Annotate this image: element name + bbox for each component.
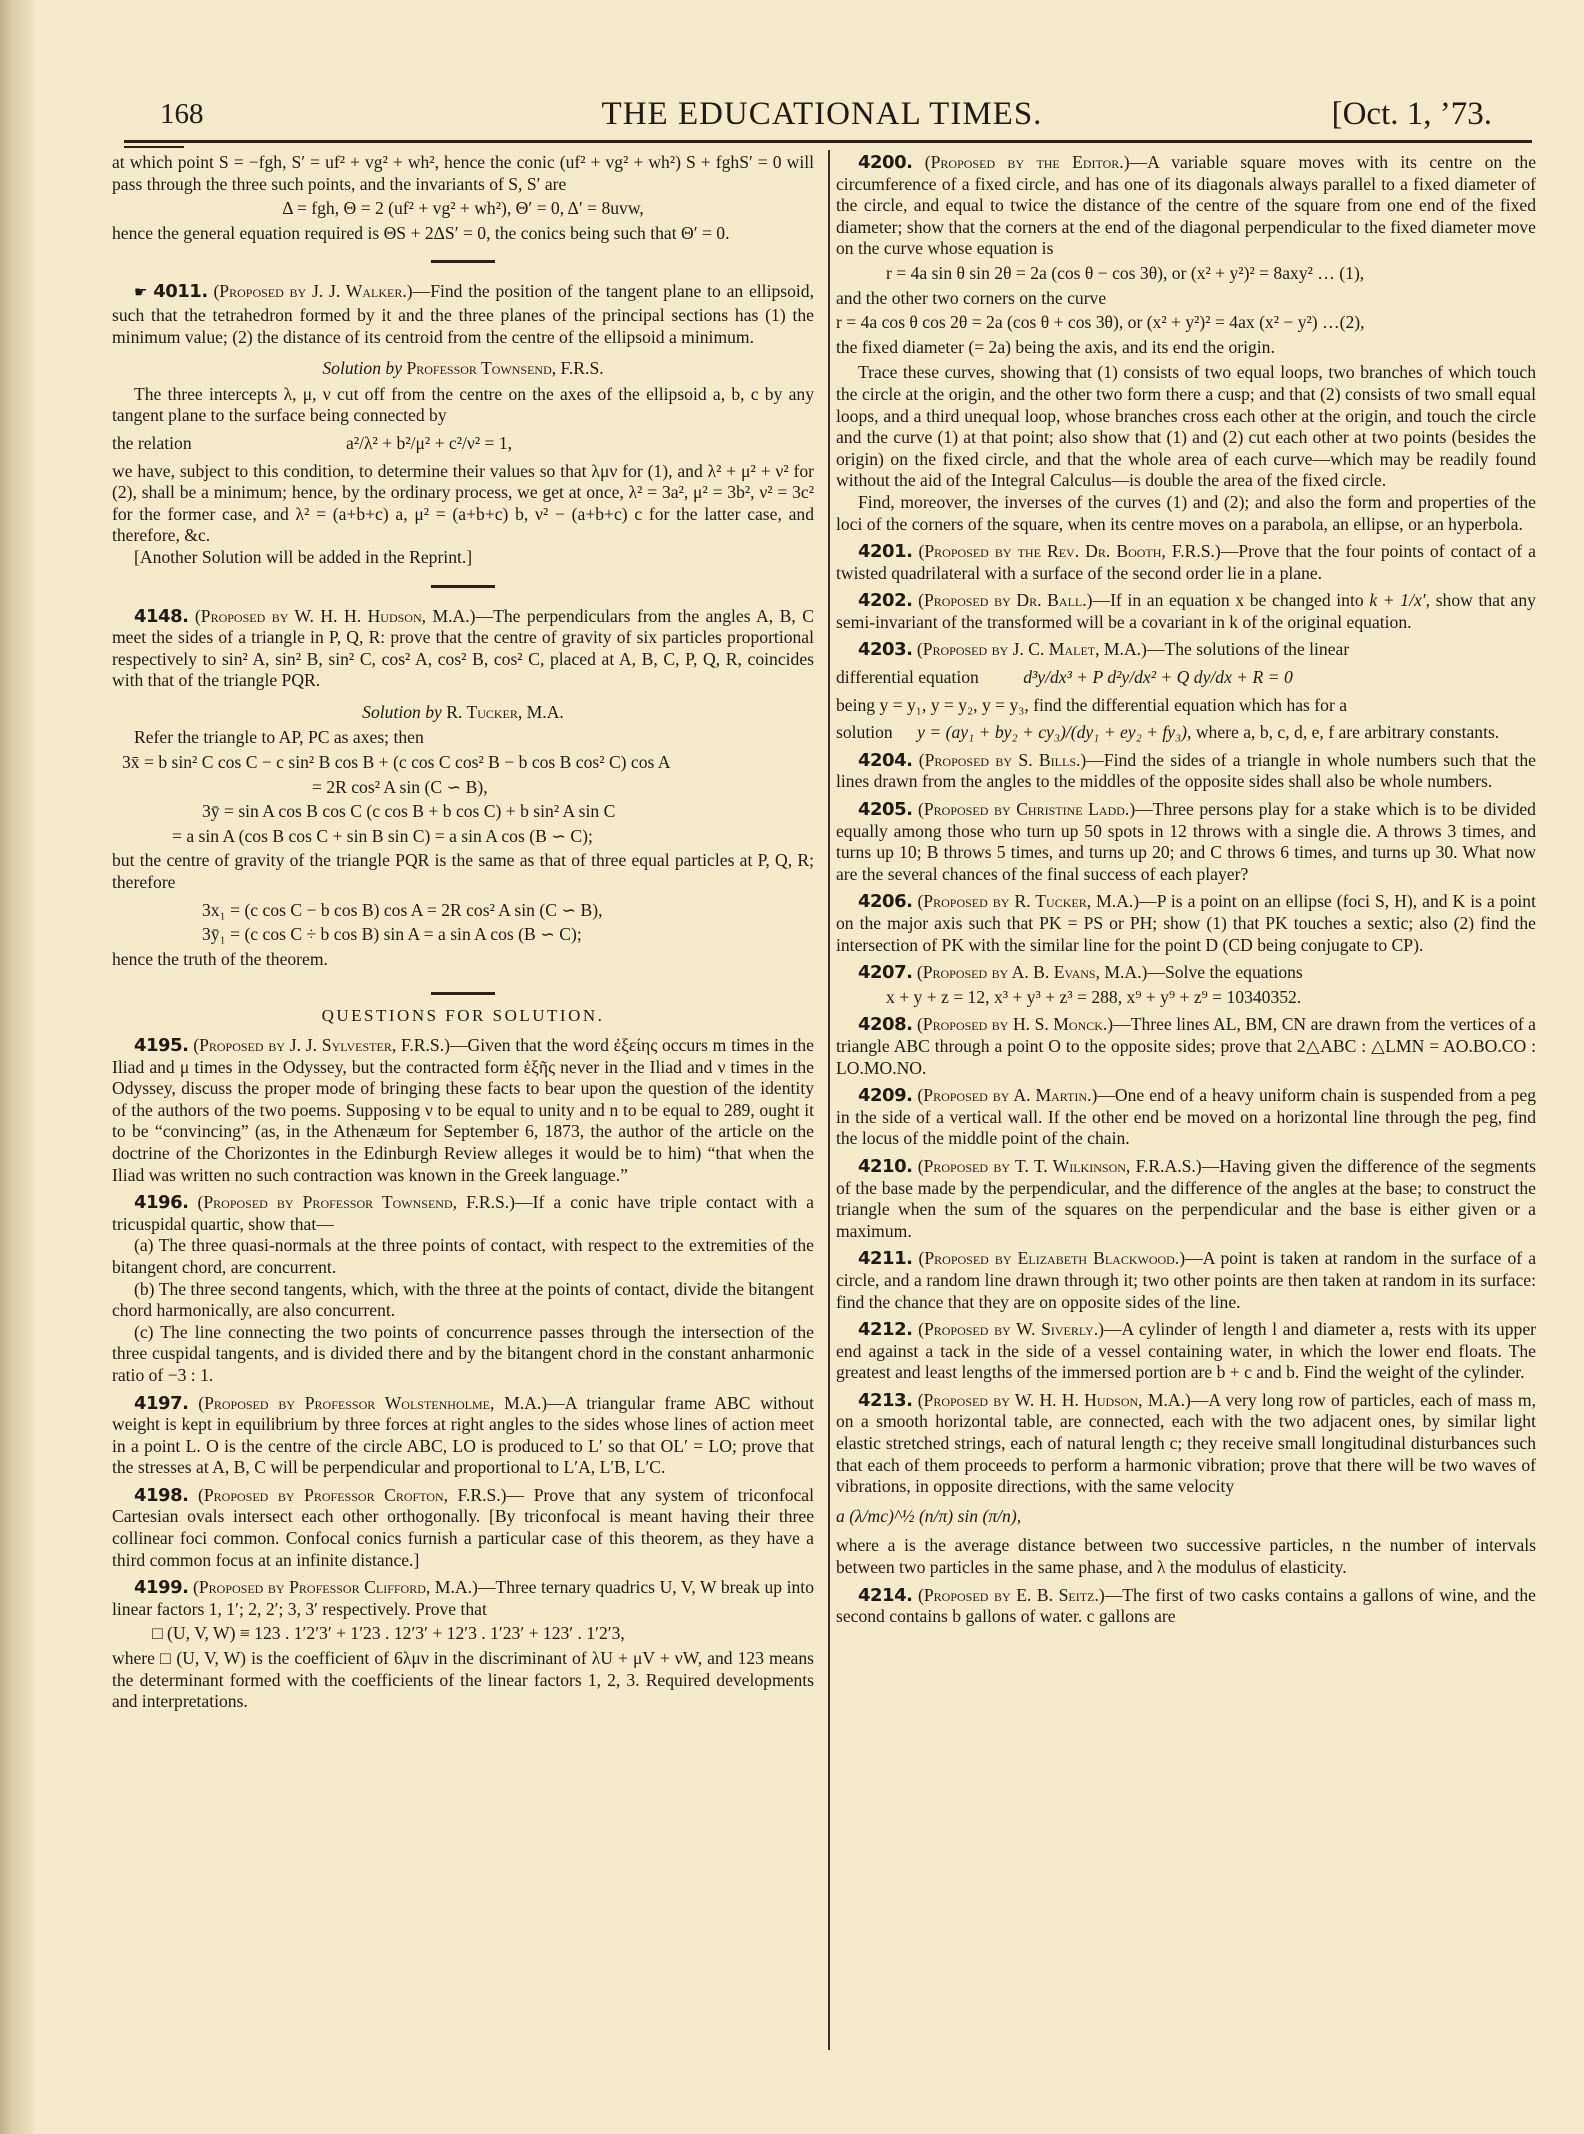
solution-label: Solution by bbox=[362, 702, 442, 722]
question-number: 4203. bbox=[858, 639, 912, 660]
question-text: —If in an equation x be changed into bbox=[1092, 590, 1363, 610]
sub-item-c: (c) The line connecting the two points o… bbox=[112, 1322, 814, 1387]
equation: r = 4a sin θ sin 2θ = 2a (cos θ − cos 3θ… bbox=[836, 263, 1536, 285]
proposer: (Proposed by Professor Clifford, M.A.) bbox=[193, 1577, 478, 1597]
equation: x + y + z = 12, x³ + y³ + z³ = 288, x⁹ +… bbox=[836, 987, 1536, 1009]
question-number: 4200. bbox=[858, 152, 912, 173]
equation: a (λ/mc)^½ (n/π) sin (π/n), bbox=[836, 1506, 1021, 1526]
question-number: 4148. bbox=[134, 606, 188, 627]
question-4207: 4207. (Proposed by A. B. Evans, M.A.)—So… bbox=[836, 962, 1536, 1008]
paragraph: being y = y₁, y = y₂, y = y₃, find the d… bbox=[836, 695, 1536, 717]
left-column: at which point S = −fgh, S′ = uf² + vg² … bbox=[112, 152, 814, 1713]
proposer: (Proposed by the Editor.) bbox=[925, 152, 1130, 172]
right-column: 4200. (Proposed by the Editor.)—A variab… bbox=[836, 152, 1536, 1628]
question-4208: 4208. (Proposed by H. S. Monck.)—Three l… bbox=[836, 1014, 1536, 1079]
section-title: QUESTIONS FOR SOLUTION. bbox=[112, 1005, 814, 1027]
question-4205: 4205. (Proposed by Christine Ladd.)—Thre… bbox=[836, 799, 1536, 885]
equation-line: solution y = (ay₁ + by₂ + cy₃)/(dy₁ + ey… bbox=[836, 722, 1536, 744]
paragraph: and the other two corners on the curve bbox=[836, 288, 1536, 310]
question-number: 4207. bbox=[858, 962, 912, 983]
paragraph: Refer the triangle to AP, PC as axes; th… bbox=[112, 727, 814, 749]
equation: □ (U, V, W) ≡ 123 . 1′2′3′ + 1′23 . 12′3… bbox=[112, 1623, 814, 1645]
question-4203: 4203. (Proposed by J. C. Malet, M.A.)—Th… bbox=[836, 639, 1536, 743]
equation: d³y/dx³ + P d²y/dx² + Q dy/dx + R = 0 bbox=[1023, 667, 1293, 687]
solver: Professor Townsend, F.R.S. bbox=[406, 358, 603, 378]
question-number: 4208. bbox=[858, 1014, 912, 1035]
sub-item-a: (a) The three quasi-normals at the three… bbox=[112, 1235, 814, 1278]
solution-heading: Solution by Professor Townsend, F.R.S. bbox=[112, 358, 814, 380]
question-4198: 4198. (Proposed by Professor Crofton, F.… bbox=[112, 1485, 814, 1571]
question-4214: 4214. (Proposed by E. B. Seitz.)—The fir… bbox=[836, 1585, 1536, 1628]
proposer: (Proposed by W. H. H. Hudson, M.A.) bbox=[918, 1390, 1191, 1410]
relation-line: the relation a²/λ² + b²/μ² + c²/ν² = 1, bbox=[112, 433, 814, 455]
question-number: 4196. bbox=[134, 1192, 188, 1213]
equation: a²/λ² + b²/μ² + c²/ν² = 1, bbox=[346, 433, 512, 455]
question-number: 4197. bbox=[134, 1393, 188, 1414]
journal-title: THE EDUCATIONAL TIMES. bbox=[112, 96, 1532, 133]
equation: = a sin A (cos B cos C + sin B sin C) = … bbox=[112, 826, 814, 848]
question-text: —The solutions of the linear bbox=[1147, 639, 1349, 659]
equation: Δ = fgh, Θ = 2 (uf² + vg² + wh²), Θ′ = 0… bbox=[112, 198, 814, 220]
question-4212: 4212. (Proposed by W. Siverly.)—A cylind… bbox=[836, 1319, 1536, 1384]
question-number: 4205. bbox=[858, 799, 912, 820]
editor-note: [Another Solution will be added in the R… bbox=[112, 547, 814, 569]
proposer: (Proposed by J. J. Walker.) bbox=[213, 281, 412, 301]
paragraph: Trace these curves, showing that (1) con… bbox=[836, 362, 1536, 492]
proposer: (Proposed by A. B. Evans, M.A.) bbox=[917, 962, 1148, 982]
proposer: (Proposed by W. H. H. Hudson, M.A.) bbox=[195, 606, 476, 626]
paragraph: but the centre of gravity of the triangl… bbox=[112, 850, 814, 893]
equation-line: differential equation d³y/dx³ + P d²y/dx… bbox=[836, 667, 1536, 689]
sub-item-b: (b) The three second tangents, which, wi… bbox=[112, 1279, 814, 1322]
expression: k + 1/x′, bbox=[1369, 590, 1430, 610]
question-number: 4195. bbox=[134, 1035, 188, 1056]
relation-label: the relation bbox=[112, 433, 192, 453]
proposer: (Proposed by Christine Ladd.) bbox=[918, 799, 1135, 819]
equation: 3ȳ = sin A cos B cos C (c cos B + b cos … bbox=[112, 801, 814, 823]
proposer: (Proposed by Dr. Ball.) bbox=[918, 590, 1092, 610]
equation: 3x₁ = (c cos C − b cos B) cos A = 2R cos… bbox=[112, 900, 814, 922]
question-4206: 4206. (Proposed by R. Tucker, M.A.)—P is… bbox=[836, 891, 1536, 956]
header-rule bbox=[124, 140, 1532, 143]
proposer: (Proposed by J. J. Sylvester, F.R.S.) bbox=[193, 1035, 450, 1055]
solution-label: Solution by bbox=[322, 358, 402, 378]
proposer: (Proposed by Elizabeth Blackwood.) bbox=[919, 1248, 1186, 1268]
question-4011: ☛ 4011. (Proposed by J. J. Walker.)—Find… bbox=[112, 281, 814, 568]
question-number: 4204. bbox=[858, 750, 912, 771]
question-number: 4011. bbox=[153, 281, 207, 302]
column-divider bbox=[828, 150, 830, 2050]
proposer: (Proposed by the Rev. Dr. Booth, F.R.S.) bbox=[919, 541, 1221, 561]
page-header: 168 THE EDUCATIONAL TIMES. [Oct. 1, ’73. bbox=[112, 92, 1532, 144]
question-4202: 4202. (Proposed by Dr. Ball.)—If in an e… bbox=[836, 590, 1536, 633]
section-separator bbox=[431, 585, 495, 588]
proposer: (Proposed by Professor Crofton, F.R.S.) bbox=[198, 1485, 507, 1505]
proposer: (Proposed by S. Bills.) bbox=[919, 750, 1086, 770]
pointing-hand-icon: ☛ bbox=[134, 285, 147, 301]
newspaper-page: 168 THE EDUCATIONAL TIMES. [Oct. 1, ’73.… bbox=[112, 0, 1532, 2134]
question-number: 4210. bbox=[858, 1156, 912, 1177]
paragraph: where a is the average distance between … bbox=[836, 1535, 1536, 1578]
question-4213: 4213. (Proposed by W. H. H. Hudson, M.A.… bbox=[836, 1390, 1536, 1579]
proposer: (Proposed by E. B. Seitz.) bbox=[918, 1585, 1105, 1605]
question-4201: 4201. (Proposed by the Rev. Dr. Booth, F… bbox=[836, 541, 1536, 584]
question-4209: 4209. (Proposed by A. Martin.)—One end o… bbox=[836, 1085, 1536, 1150]
question-text: —Given that the word ἐξείης occurs m tim… bbox=[112, 1035, 814, 1185]
proposer: (Proposed by J. C. Malet, M.A.) bbox=[917, 639, 1147, 659]
question-number: 4199. bbox=[134, 1577, 188, 1598]
question-4210: 4210. (Proposed by T. T. Wilkinson, F.R.… bbox=[836, 1156, 1536, 1242]
solver: R. Tucker, M.A. bbox=[446, 702, 564, 722]
equation-label: differential equation bbox=[836, 667, 979, 687]
paragraph: at which point S = −fgh, S′ = uf² + vg² … bbox=[112, 152, 814, 195]
equation: r = 4a cos θ cos 2θ = 2a (cos θ + cos 3θ… bbox=[836, 312, 1536, 334]
paragraph: the fixed diameter (= 2a) being the axis… bbox=[836, 337, 1536, 359]
question-number: 4209. bbox=[858, 1085, 912, 1106]
proposer: (Proposed by Professor Townsend, F.R.S.) bbox=[198, 1192, 516, 1212]
question-number: 4201. bbox=[858, 541, 912, 562]
paragraph: we have, subject to this condition, to d… bbox=[112, 461, 814, 547]
equation: 3ȳ₁ = (c cos C ÷ b cos B) sin A = a sin … bbox=[112, 924, 814, 946]
proposer: (Proposed by Professor Wolstenholme, M.A… bbox=[198, 1393, 547, 1413]
proposer: (Proposed by W. Siverly.) bbox=[918, 1319, 1104, 1339]
question-number: 4214. bbox=[858, 1585, 912, 1606]
paragraph: The three intercepts λ, μ, ν cut off fro… bbox=[112, 384, 814, 427]
question-4199: 4199. (Proposed by Professor Clifford, M… bbox=[112, 1577, 814, 1713]
question-number: 4211. bbox=[858, 1248, 912, 1269]
solution-heading: Solution by R. Tucker, M.A. bbox=[112, 702, 814, 724]
section-separator bbox=[431, 992, 495, 995]
equation: 3x̄ = b sin² C cos C − c sin² B cos B + … bbox=[112, 752, 814, 774]
continued-solution: at which point S = −fgh, S′ = uf² + vg² … bbox=[112, 152, 814, 244]
question-4200: 4200. (Proposed by the Editor.)—A variab… bbox=[836, 152, 1536, 535]
question-4211: 4211. (Proposed by Elizabeth Blackwood.)… bbox=[836, 1248, 1536, 1313]
header-rule-accent bbox=[124, 146, 184, 148]
proposer: (Proposed by R. Tucker, M.A.) bbox=[917, 891, 1139, 911]
issue-date: [Oct. 1, ’73. bbox=[1332, 96, 1492, 133]
question-number: 4212. bbox=[858, 1319, 912, 1340]
paragraph: where □ (U, V, W) is the coefficient of … bbox=[112, 1648, 814, 1713]
proposer: (Proposed by T. T. Wilkinson, F.R.A.S.) bbox=[918, 1156, 1202, 1176]
question-number: 4202. bbox=[858, 590, 912, 611]
proposer: (Proposed by H. S. Monck.) bbox=[917, 1014, 1113, 1034]
question-number: 4206. bbox=[858, 891, 912, 912]
equation-label: solution bbox=[836, 722, 893, 742]
question-4196: 4196. (Proposed by Professor Townsend, F… bbox=[112, 1192, 814, 1386]
question-4195: 4195. (Proposed by J. J. Sylvester, F.R.… bbox=[112, 1035, 814, 1186]
paragraph: hence the truth of the theorem. bbox=[112, 949, 814, 971]
equation: y = (ay₁ + by₂ + cy₃)/(dy₁ + ey₂ + fy₃), bbox=[917, 722, 1191, 742]
question-number: 4213. bbox=[858, 1390, 912, 1411]
paragraph: hence the general equation required is Θ… bbox=[112, 223, 814, 245]
paragraph: Find, moreover, the inverses of the curv… bbox=[836, 492, 1536, 535]
question-text: where a, b, c, d, e, f are arbitrary con… bbox=[1196, 722, 1499, 742]
equation: = 2R cos² A sin (C ∽ B), bbox=[112, 777, 814, 799]
question-4148: 4148. (Proposed by W. H. H. Hudson, M.A.… bbox=[112, 606, 814, 971]
question-4204: 4204. (Proposed by S. Bills.)—Find the s… bbox=[836, 750, 1536, 793]
proposer: (Proposed by A. Martin.) bbox=[917, 1085, 1097, 1105]
section-separator bbox=[431, 260, 495, 263]
page-binding-shadow bbox=[0, 0, 34, 2134]
question-4197: 4197. (Proposed by Professor Wolstenholm… bbox=[112, 1393, 814, 1479]
question-number: 4198. bbox=[134, 1485, 188, 1506]
equation-line: a (λ/mc)^½ (n/π) sin (π/n), bbox=[836, 1506, 1536, 1528]
question-text: —Solve the equations bbox=[1147, 962, 1302, 982]
